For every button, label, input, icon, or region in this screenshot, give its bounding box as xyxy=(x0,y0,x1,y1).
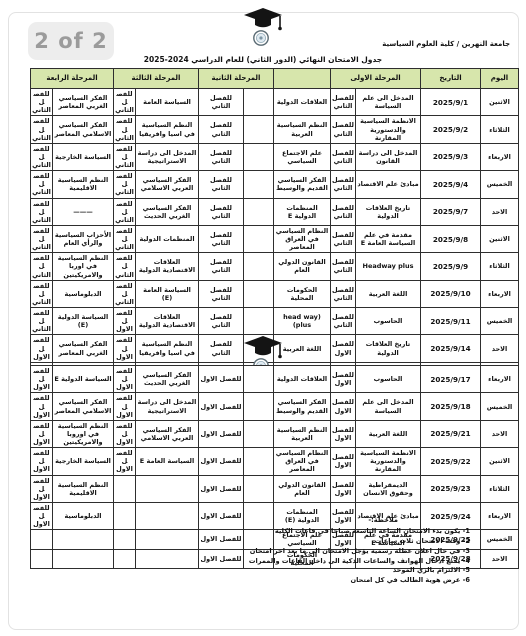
stage1-semester-cell: للفصل الاول xyxy=(331,420,356,447)
stage1-subject-cell: تاريخ العلاقات الدولية xyxy=(356,335,421,362)
stage2-subject-cell: المنظمات الدولية E xyxy=(274,198,331,225)
stage4-subject-cell: النظم السياسية في اوروبا والامريكيتين xyxy=(53,420,114,447)
stage1-semester-cell: للفصل الاول xyxy=(331,335,356,362)
stage2-semester-cell: للفصل الاول xyxy=(199,366,244,393)
spacer-cell xyxy=(244,171,274,198)
spacer-cell xyxy=(244,89,274,116)
stage1-semester-cell: للفصل الاول xyxy=(331,366,356,393)
stage4-semester-cell: للفصل الثاني xyxy=(31,225,53,252)
stage2-subject-cell: النظم السياسية العربية xyxy=(274,420,331,447)
stage2-semester-cell: للفصل الثاني xyxy=(199,225,244,252)
stage2-semester-cell: للفصل الثاني xyxy=(199,253,244,280)
date-cell: 2025/9/8 xyxy=(421,225,481,252)
day-cell: الاربعاء xyxy=(481,502,519,529)
spacer-cell xyxy=(244,253,274,280)
stage1-subject-cell: مقدمة في علم السياسة العامة E xyxy=(356,225,421,252)
stage3-subject-cell: العلاقات الاقتصادية الدولية xyxy=(136,253,199,280)
stage4-subject-cell: السياسة الخارجية xyxy=(53,143,114,170)
stage4-semester-cell: للفصل الثاني xyxy=(31,308,53,335)
stage2-subject-cell: العلاقات الدولية xyxy=(274,89,331,116)
stage4-semester-cell: للفصل الثاني xyxy=(31,116,53,143)
stage3-semester-cell: للفصل الاول xyxy=(114,393,136,420)
header-stage1: المرحلة الاولى xyxy=(331,69,421,89)
stage1-semester-cell: للفصل الثاني xyxy=(331,89,356,116)
stage4-semester-cell: للفصل الثاني xyxy=(31,171,53,198)
university-name: جامعة النهرين / كلية العلوم السياسية xyxy=(382,40,510,48)
stage3-semester-cell: للفصل الاول xyxy=(114,448,136,475)
stage3-subject-cell: السياسة العامة E xyxy=(136,448,199,475)
exam-row: الاثنين2025/9/8مقدمة في علم السياسة العا… xyxy=(31,225,519,252)
stage1-subject-cell: مبادئ علم الاقتصاد xyxy=(356,171,421,198)
stage1-semester-cell: للفصل الثاني xyxy=(331,143,356,170)
stage4-subject-cell: الفكر السياسي الاسلامي المعاصر xyxy=(53,393,114,420)
stage1-subject-cell: الانظمة السياسية والدستورية المقارنة xyxy=(356,448,421,475)
day-cell: الاحد xyxy=(481,420,519,447)
stage2-subject-cell: (head way plus) xyxy=(274,308,331,335)
stage1-subject-cell: Headway plus xyxy=(356,253,421,280)
exam-row: الخميس2025/9/11الحاسوبللفصل الثاني(head … xyxy=(31,308,519,335)
stage1-subject-cell: المدخل الى علم السياسة xyxy=(356,393,421,420)
stage4-semester-cell: للفصل الاول xyxy=(31,393,53,420)
stage2-semester-cell: للفصل الثاني xyxy=(199,280,244,307)
stage1-semester-cell: للفصل الثاني xyxy=(331,308,356,335)
stage4-subject-cell: السياسة الدولية E xyxy=(53,366,114,393)
header-stage2: المرحلة الثانية xyxy=(199,69,274,89)
stage1-subject-cell: الحاسوب xyxy=(356,366,421,393)
day-cell: الاربعاء xyxy=(481,143,519,170)
stage4-subject-cell: ——— xyxy=(53,198,114,225)
stage4-subject-cell: الفكر السياسي الغربي المعاصر xyxy=(53,89,114,116)
stage3-semester-cell: للفصل الاول xyxy=(114,366,136,393)
stage3-subject-cell: الفكر السياسي العربي الاسلامي xyxy=(136,171,199,198)
university-logo-graduation-cap-icon xyxy=(241,5,285,49)
stage3-semester-cell: للفصل الاول xyxy=(114,308,136,335)
note-item: 3- في حال اعلان عطلة رسمية يؤجل الامتحان… xyxy=(46,547,470,557)
day-cell: الثلاثاء xyxy=(481,475,519,502)
stage4-semester-cell: للفصل الثاني xyxy=(31,89,53,116)
exam-row: الاربعاء2025/9/10اللغة العربيةللفصل الثا… xyxy=(31,280,519,307)
day-cell: الخميس xyxy=(481,393,519,420)
date-cell: 2025/9/9 xyxy=(421,253,481,280)
stage2-semester-cell: للفصل الاول xyxy=(199,393,244,420)
day-cell: الاثنين xyxy=(481,448,519,475)
exam-row: الاحد2025/9/21اللغة العربيةللفصل الاولال… xyxy=(31,420,519,447)
stage3-subject-cell: المدخل الى دراسة الاستراتيجية xyxy=(136,143,199,170)
spacer-cell xyxy=(244,366,274,393)
date-cell: 2025/9/23 xyxy=(421,475,481,502)
stage3-semester-cell: للفصل الاول xyxy=(114,420,136,447)
stage4-semester-cell: للفصل الثاني xyxy=(31,280,53,307)
stage3-subject-cell: الفكر السياسي الغربي الحديث xyxy=(136,366,199,393)
stage2-semester-cell: للفصل الثاني xyxy=(199,308,244,335)
notes-label: ملاحظة:- xyxy=(46,516,398,526)
spacer-cell xyxy=(244,420,274,447)
exam-row: الاربعاء2025/9/3المدخل الى دراسة القانون… xyxy=(31,143,519,170)
stage4-semester-cell: للفصل الاول xyxy=(31,335,53,362)
date-cell: 2025/9/2 xyxy=(421,116,481,143)
stage2-subject-cell: العلاقات الدولية xyxy=(274,366,331,393)
stage1-semester-cell: للفصل الاول xyxy=(331,393,356,420)
stage1-semester-cell: للفصل الثاني xyxy=(331,280,356,307)
stage3-semester-cell: للفصل الثاني xyxy=(114,253,136,280)
stage3-semester-cell: للفصل الثاني xyxy=(114,89,136,116)
day-cell: الاثنين xyxy=(481,89,519,116)
spacer-cell xyxy=(244,393,274,420)
date-cell: 2025/9/4 xyxy=(421,171,481,198)
day-cell: الخميس xyxy=(481,171,519,198)
stage3-semester-cell: للفصل الثاني xyxy=(114,143,136,170)
stage4-subject-cell: الدبلوماسية xyxy=(53,280,114,307)
stage4-subject-cell: السياسة الخارجية xyxy=(53,448,114,475)
spacer-cell xyxy=(244,198,274,225)
header-stage3: المرحلة الثالثة xyxy=(114,69,199,89)
stage3-subject-cell xyxy=(136,475,199,502)
stage3-subject-cell: النظم السياسية في اسيا وافريقيا xyxy=(136,116,199,143)
note-item: 1- يكون بدء الامتحان الساعة التاسعة صباح… xyxy=(46,527,470,537)
stage1-subject-cell: اللغة العربية xyxy=(356,420,421,447)
day-cell: الاحد xyxy=(481,335,519,362)
stage1-semester-cell: للفصل الاول xyxy=(331,475,356,502)
stage3-subject-cell: السياسة العامة (E) xyxy=(136,280,199,307)
note-item: 2- وقت الامتحان ثلاث ساعات xyxy=(46,537,470,547)
stage4-subject-cell: الأحزاب السياسية والرأي العام xyxy=(53,225,114,252)
stage3-subject-cell: الفكر السياسي العربي الاسلامي xyxy=(136,420,199,447)
stage4-semester-cell: للفصل الاول xyxy=(31,475,53,502)
stage2-subject-cell: النظام السياسي في العراق المعاصر xyxy=(274,225,331,252)
stage4-semester-cell: للفصل الثاني xyxy=(31,253,53,280)
stage4-semester-cell: للفصل الثاني xyxy=(31,143,53,170)
stage4-subject-cell: السياسة الدولية (E) xyxy=(53,308,114,335)
stage2-semester-cell: للفصل الثاني xyxy=(199,198,244,225)
stage2-semester-cell: للفصل الثاني xyxy=(199,116,244,143)
stage3-semester-cell: للفصل الاول xyxy=(114,335,136,362)
exam-row: الاربعاء2025/9/17الحاسوبللفصل الاولالعلا… xyxy=(31,366,519,393)
spacer-cell xyxy=(244,448,274,475)
stage1-subject-cell: تاريخ العلاقات الدولية xyxy=(356,198,421,225)
spacer-cell xyxy=(244,475,274,502)
stage2-subject-cell: القانون الدولي العام xyxy=(274,253,331,280)
stage2-semester-cell: للفصل الاول xyxy=(199,475,244,502)
stage1-subject-cell: الحاسوب xyxy=(356,308,421,335)
stage3-semester-cell: للفصل الثاني xyxy=(114,280,136,307)
stage4-semester-cell: للفصل الاول xyxy=(31,448,53,475)
exam-row: الاحد2025/9/7تاريخ العلاقات الدوليةللفصل… xyxy=(31,198,519,225)
stage3-semester-cell: للفصل الثاني xyxy=(114,171,136,198)
stage3-subject-cell: النظم السياسية في اسيا وافريقيا xyxy=(136,335,199,362)
spacer-cell xyxy=(244,280,274,307)
date-cell: 2025/9/11 xyxy=(421,308,481,335)
exam-row: الاثنين2025/9/1المدخل الى علم السياسةللف… xyxy=(31,89,519,116)
stage2-subject-cell: النظام السياسي في العراق المعاصر xyxy=(274,448,331,475)
stage1-semester-cell: للفصل الثاني xyxy=(331,225,356,252)
spacer-cell xyxy=(244,225,274,252)
stage2-subject-cell: القانون الدولي العام xyxy=(274,475,331,502)
date-cell: 2025/9/22 xyxy=(421,448,481,475)
stage3-subject-cell: المدخل الى دراسة الاستراتيجية xyxy=(136,393,199,420)
day-cell: الخميس xyxy=(481,530,519,549)
stage1-semester-cell: للفصل الثاني xyxy=(331,171,356,198)
stage3-semester-cell: للفصل الثاني xyxy=(114,225,136,252)
spacer-cell xyxy=(244,143,274,170)
stage4-subject-cell: النظم السياسية الاقليمية xyxy=(53,475,114,502)
exam-row: الثلاثاء2025/9/23الديمقراطية وحقوق الانس… xyxy=(31,475,519,502)
header-blank xyxy=(274,69,331,89)
stage1-subject-cell: الانظمة السياسية والدستورية المقارنة xyxy=(356,116,421,143)
date-cell: 2025/9/14 xyxy=(421,335,481,362)
date-cell: 2025/9/3 xyxy=(421,143,481,170)
date-cell: 2025/9/7 xyxy=(421,198,481,225)
day-cell: الاحد xyxy=(481,198,519,225)
note-item: 4- يمنع ادخال الهواتف والساعات الذكية ال… xyxy=(46,557,470,567)
stage1-semester-cell: للفصل الثاني xyxy=(331,116,356,143)
stage3-subject-cell: العلاقات الاقتصادية الدولية xyxy=(136,308,199,335)
stage2-subject-cell: علم الاجتماع السياسي xyxy=(274,143,331,170)
day-cell: الاثنين xyxy=(481,225,519,252)
header-day: اليوم xyxy=(481,69,519,89)
day-cell: الثلاثاء xyxy=(481,253,519,280)
note-item: 5- الالتزام بالزي الموحد xyxy=(46,566,470,576)
date-cell: 2025/9/1 xyxy=(421,89,481,116)
stage2-subject-cell: الفكر السياسي القديم والوسيط xyxy=(274,393,331,420)
stage2-semester-cell: للفصل الاول xyxy=(199,448,244,475)
stage3-subject-cell: السياسة العامة xyxy=(136,89,199,116)
exam-row: الخميس2025/9/18المدخل الى علم السياسةللف… xyxy=(31,393,519,420)
stage1-subject-cell: المدخل الى علم السياسة xyxy=(356,89,421,116)
stage4-subject-cell: النظم السياسية في اوربا والامريكيتين xyxy=(53,253,114,280)
stage1-semester-cell: للفصل الثاني xyxy=(331,198,356,225)
exam-row: الثلاثاء2025/9/2الانظمة السياسية والدستو… xyxy=(31,116,519,143)
document-title: جدول الامتحان النهائي (الدور الثاني) للع… xyxy=(0,55,526,64)
stage2-semester-cell: للفصل الاول xyxy=(199,420,244,447)
stage1-subject-cell: اللغة العربية xyxy=(356,280,421,307)
stage2-subject-cell: الحكومات المحلية xyxy=(274,280,331,307)
stage4-semester-cell: للفصل الاول xyxy=(31,366,53,393)
stage4-subject-cell: الفكر السياسي الاسلامي المعاصر xyxy=(53,116,114,143)
header-date: التاريخ xyxy=(421,69,481,89)
stage2-semester-cell: للفصل الثاني xyxy=(199,171,244,198)
date-cell: 2025/9/10 xyxy=(421,280,481,307)
stage2-subject-cell: الفكر السياسي القديم والوسيط xyxy=(274,171,331,198)
stage4-subject-cell: النظم السياسية الاقليمية xyxy=(53,171,114,198)
stage1-subject-cell: المدخل الى دراسة القانون xyxy=(356,143,421,170)
exam-row: الثلاثاء2025/9/9Headway plusللفصل الثاني… xyxy=(31,253,519,280)
stage4-semester-cell: للفصل الثاني xyxy=(31,198,53,225)
day-cell: الخميس xyxy=(481,308,519,335)
spacer-cell xyxy=(244,116,274,143)
header-stage4: المرحلة الرابعة xyxy=(31,69,114,89)
stage2-semester-cell: للفصل الثاني xyxy=(199,89,244,116)
exam-row: الخميس2025/9/4مبادئ علم الاقتصادللفصل ال… xyxy=(31,171,519,198)
stage3-semester-cell: للفصل الثاني xyxy=(114,198,136,225)
stage4-subject-cell: الفكر السياسي الغربي المعاصر xyxy=(53,335,114,362)
stage4-semester-cell: للفصل الاول xyxy=(31,420,53,447)
stage3-semester-cell: للفصل الثاني xyxy=(114,116,136,143)
date-cell: 2025/9/21 xyxy=(421,420,481,447)
screenshot-root: { "page_badge": "2 of 2", "university": … xyxy=(0,0,526,636)
day-cell: الاربعاء xyxy=(481,366,519,393)
stage1-subject-cell: الديمقراطية وحقوق الانسان xyxy=(356,475,421,502)
stage2-semester-cell: للفصل الثاني xyxy=(199,335,244,362)
day-cell: الاحد xyxy=(481,549,519,568)
stage2-semester-cell: للفصل الثاني xyxy=(199,143,244,170)
date-cell: 2025/9/17 xyxy=(421,366,481,393)
stage3-semester-cell xyxy=(114,475,136,502)
stage-header-row: اليومالتاريخالمرحلة الاولىالمرحلة الثاني… xyxy=(31,69,519,89)
stage1-semester-cell: للفصل الثاني xyxy=(331,253,356,280)
stage3-subject-cell: المنظمات الدولية xyxy=(136,225,199,252)
day-cell: الاربعاء xyxy=(481,280,519,307)
date-cell: 2025/9/18 xyxy=(421,393,481,420)
notes-list: 1- يكون بدء الامتحان الساعة التاسعة صباح… xyxy=(46,527,470,586)
notes-section: ملاحظة:- 1- يكون بدء الامتحان الساعة الت… xyxy=(46,516,470,586)
note-item: 6- عرض هوية الطالب في كل امتحان xyxy=(46,576,470,586)
day-cell: الثلاثاء xyxy=(481,116,519,143)
stage2-subject-cell: النظم السياسية العربية xyxy=(274,116,331,143)
stage1-semester-cell: للفصل الاول xyxy=(331,448,356,475)
stage3-subject-cell: الفكر السياسي الغربي الحديث xyxy=(136,198,199,225)
spacer-cell xyxy=(244,308,274,335)
exam-row: الاثنين2025/9/22الانظمة السياسية والدستو… xyxy=(31,448,519,475)
